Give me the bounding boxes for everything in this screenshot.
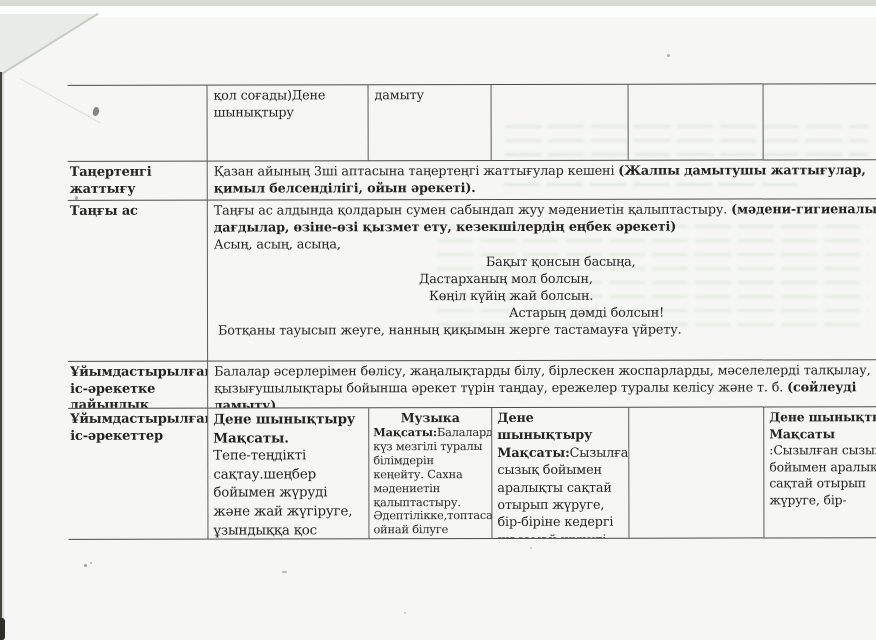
row-label-morning-exercise: Таңертенгі жаттығу [68, 162, 207, 200]
activity1-subtitle: Мақсаты. [213, 429, 363, 448]
row-label-empty [68, 86, 207, 161]
row-label-breakfast: Таңғы ас [68, 201, 207, 361]
poem-line: Дастарханың мол болсын, [214, 270, 876, 289]
poem-line: Көңіл күйің жай болсын. [214, 287, 876, 306]
cell-carryover-1: қол соғады)Дене шынықтыру [207, 85, 368, 160]
paper-speck [404, 612, 406, 614]
table-row-breakfast: Таңғы ас Таңғы ас алдында қолдарын сумен… [68, 199, 876, 362]
daily-plan-table: қол соғады)Дене шынықтыру дамыту Таңерте… [68, 83, 876, 540]
paper-speck [530, 547, 532, 549]
scan-bottom-left-mark [0, 618, 5, 640]
paper-speck [90, 562, 92, 564]
cell-breakfast-body: Таңғы ас алдында қолдарын сумен сабындап… [207, 199, 876, 360]
activity2-title: Музыка [373, 410, 487, 426]
poem-line: Бақыт қонсын басыңа, [214, 253, 876, 272]
cell-activity-physical-3: Дене шынықтыру. Мақсаты :Сызылған сызық … [763, 407, 876, 537]
cell-carryover-4 [628, 84, 763, 159]
row-label-activities: Ұйымдастырылған іс-әрекеттер [68, 409, 207, 539]
activity1-title: Дене шынықтыру [213, 410, 363, 429]
morning-exercise-text: Қазан айының 3ші аптасына таңертеңгі жат… [214, 164, 619, 180]
breakfast-intro: Таңғы ас алдында қолдарын сумен сабындап… [214, 201, 876, 237]
cell-activity-music: Музыка Мақсаты:Балалардың күз мезгілі ту… [368, 408, 491, 538]
activity3-title: Дене шынықтыру [497, 410, 623, 445]
cell-prep-body: Балалар әсерлерімен бөлісу, жаңалықтарды… [207, 360, 876, 407]
breakfast-first-line: Асың, асың, асыңа, [214, 236, 876, 255]
cell-carryover-3 [491, 85, 628, 160]
paper-speck [667, 54, 670, 57]
activity5-goal-label: Мақсаты [769, 426, 876, 443]
prep-text: Балалар әсерлерімен бөлісу, жаңалықтарды… [214, 363, 870, 397]
scanned-page: { "scan_colors": { "ink": "#242424", "pa… [0, 0, 876, 640]
paper-speck [282, 571, 287, 573]
activity5-body: :Сызылған сызық бойымен аралықты сақтай … [769, 442, 876, 507]
activity3-goal-label: Мақсаты: [497, 446, 569, 461]
carryover-cell1-text: қол соғады)Дене шынықтыру [214, 88, 326, 120]
paper-top-glare [0, 6, 876, 17]
breakfast-outro: Ботқаны тауысып жеуге, нанның қиқымын же… [214, 322, 876, 341]
table-row-carryover: қол соғады)Дене шынықтыру дамыту [68, 84, 876, 162]
table-row-activities: Ұйымдастырылған іс-әрекеттер Дене шынықт… [68, 407, 876, 540]
activity2-goal-label: Мақсаты: [373, 425, 437, 439]
table-row-morning-exercise: Таңертенгі жаттығу Қазан айының 3ші апта… [68, 160, 876, 201]
cell-activity-empty [628, 407, 763, 537]
activity2-body: Балалардың күз мезгілі туралы білімдерін… [373, 426, 491, 538]
row-label-prep: Ұйымдастырылған іс-әрекетке дайындық [68, 362, 207, 408]
activity1-body: Тепе-теңдікті сақтау.шеңбер бойымен жүру… [213, 449, 362, 539]
cell-carryover-2: дамыту [368, 85, 491, 160]
table-row-prep: Ұйымдастырылған іс-әрекетке дайындық Бал… [68, 360, 876, 409]
breakfast-intro-text: Таңғы ас алдында қолдарын сумен сабындап… [214, 203, 731, 219]
carryover-cell2-text: дамыту [375, 88, 424, 103]
cell-activity-physical-1: Дене шынықтыру Мақсаты. Тепе-теңдікті са… [207, 408, 368, 538]
cell-morning-exercise-body: Қазан айының 3ші аптасына таңертеңгі жат… [207, 160, 876, 199]
cell-activity-physical-2: Дене шынықтыру Мақсаты:Сызылған сызық бо… [491, 408, 628, 538]
cell-carryover-5 [763, 84, 876, 159]
activity5-title: Дене шынықтыру. [769, 409, 876, 426]
poem-line: Астарың дәмді болсын! [214, 304, 876, 323]
scan-left-edge-shadow [2, 72, 4, 640]
paper-speck [84, 564, 87, 567]
